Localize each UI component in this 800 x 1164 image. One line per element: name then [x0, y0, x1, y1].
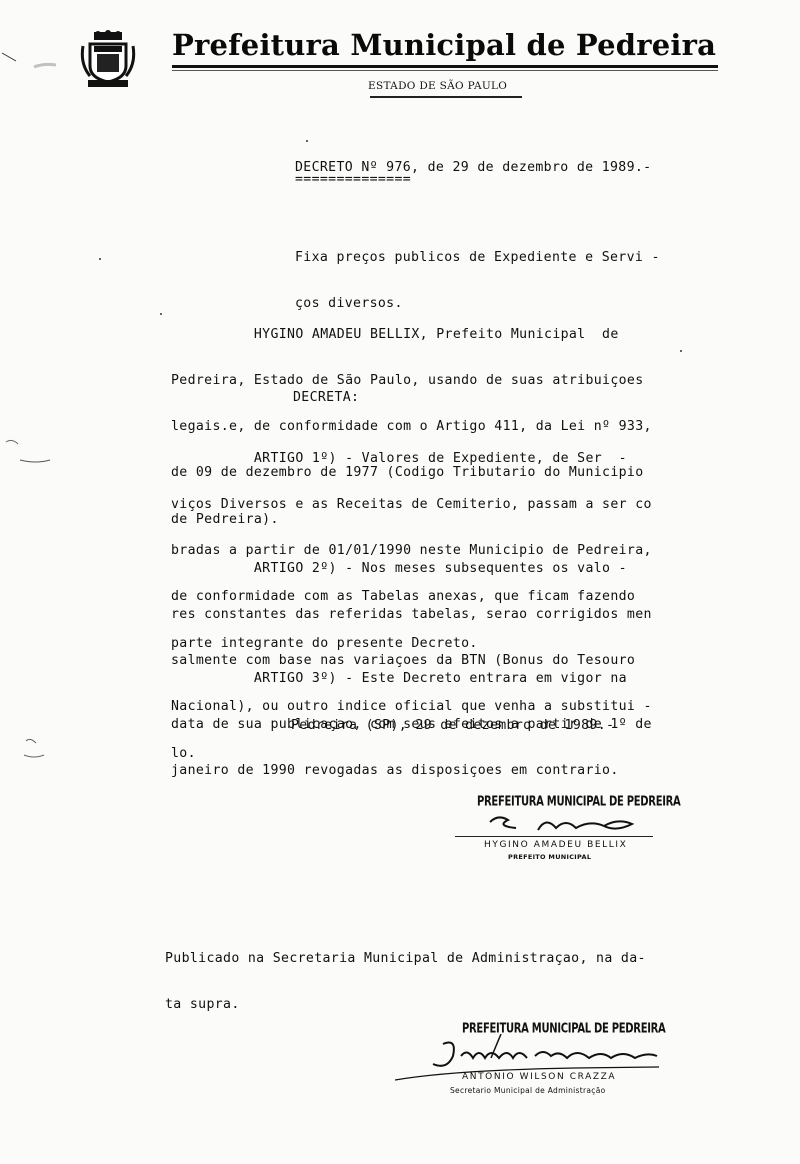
decree-heading-underline: ==============	[295, 172, 411, 187]
scan-speck	[99, 258, 101, 260]
scan-speck	[680, 350, 682, 352]
letterhead-rule-thin	[172, 70, 718, 71]
mayor-name: HYGINO AMADEU BELLIX	[484, 840, 627, 850]
article-line: ARTIGO 2º) - Nos meses subsequentes os v…	[171, 561, 652, 576]
subtitle-rule	[370, 96, 522, 98]
preamble-line: HYGINO AMADEU BELLIX, Prefeito Municipal…	[171, 327, 652, 342]
article-line: res constantes das referidas tabelas, se…	[171, 607, 652, 622]
article-line: viços Diversos e as Receitas de Cemiteri…	[171, 497, 652, 512]
mayor-role: PREFEITO MUNICIPAL	[508, 853, 591, 861]
letterhead-title: Prefeitura Municipal de Pedreira	[172, 28, 716, 62]
place-date: Pedreira (SP), 29 de dezembro de 1989.-	[291, 718, 614, 733]
summary-line: Fixa preços publicos de Expediente e Ser…	[295, 250, 660, 265]
scan-smudge-icon	[20, 735, 60, 765]
coat-of-arms-icon	[80, 30, 136, 88]
publication-line: ta supra.	[165, 997, 646, 1012]
scan-smudge-icon	[0, 45, 60, 75]
letterhead-subtitle: ESTADO DE SÃO PAULO	[368, 80, 507, 92]
secretary-name: ANTONIO WILSON CRAZZA	[462, 1072, 616, 1082]
scan-speck	[160, 313, 162, 315]
mayor-stamp: PREFEITURA MUNICIPAL DE PEDREIRA	[477, 795, 681, 809]
document-page: Prefeitura Municipal de Pedreira ESTADO …	[0, 0, 800, 1164]
article-line: ARTIGO 1º) - Valores de Expediente, de S…	[171, 451, 652, 466]
mayor-signature-line	[455, 836, 653, 837]
scan-smudge-icon	[0, 430, 60, 470]
preamble-line: Pedreira, Estado de São Paulo, usando de…	[171, 373, 652, 388]
article-line: ARTIGO 3º) - Este Decreto entrara em vig…	[171, 671, 652, 686]
scan-speck	[306, 140, 308, 142]
article-line: janeiro de 1990 revogadas as disposiçoes…	[171, 763, 652, 778]
mayor-signature-icon	[486, 812, 636, 838]
decreta-label: DECRETA:	[293, 390, 359, 405]
secretary-role: Secretario Municipal de Administração	[450, 1086, 605, 1095]
letterhead-rule	[172, 65, 718, 68]
publication-line: Publicado na Secretaria Municipal de Adm…	[165, 951, 646, 966]
